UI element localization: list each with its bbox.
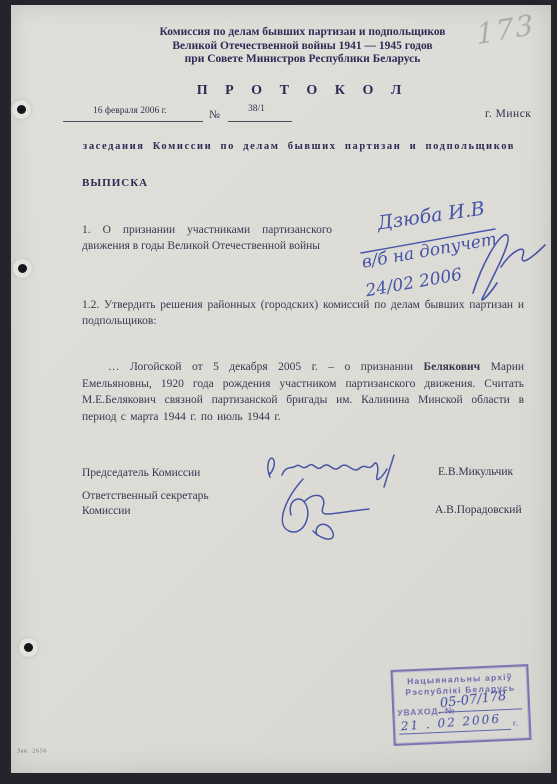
org-name-line1: Комиссия по делам бывших партизан и подп… (66, 26, 539, 40)
org-name: Комиссия по делам бывших партизан и подп… (66, 26, 539, 67)
decision-text-prefix: … Логойской от 5 декабря 2005 г. – о при… (108, 361, 424, 373)
org-name-line2: Великой Отечественной войны 1941 — 1945 … (66, 40, 539, 54)
org-name-line3: при Совете Министров Республики Беларусь (66, 53, 539, 67)
secretary-signature (269, 473, 389, 549)
decision-paragraph: … Логойской от 5 декабря 2005 г. – о при… (82, 359, 524, 425)
chairman-name: Е.В.Микульчик (438, 466, 513, 478)
hole-punch (17, 105, 26, 114)
hole-punch (18, 264, 27, 273)
date-underline (63, 121, 203, 122)
handwritten-note: Дзюба И.В в/б на допучет 24/02 2006 (355, 201, 555, 311)
stamp-date-suffix: г. (513, 718, 520, 727)
agenda-item-1: 1. О признании участниками партизанского… (82, 222, 332, 254)
number-underline (228, 121, 292, 122)
doc-place: г. Минск (485, 108, 531, 120)
document-page: 173 Комиссия по делам бывших партизан и … (11, 5, 551, 773)
secretary-label-line2: Комиссии (82, 504, 209, 519)
scan-background: 173 Комиссия по делам бывших партизан и … (0, 0, 557, 784)
print-order-number: Зак. 2656 (17, 747, 47, 754)
decision-surname-bold: Белякович (424, 361, 481, 373)
secretary-label-line1: Ответственный секретарь (82, 489, 209, 504)
agenda-item-1-2: 1.2. Утвердить решения районных (городск… (82, 297, 524, 329)
doc-date: 16 февраля 2006 г. (93, 106, 167, 116)
archive-stamp: Нацыянальны архіў Рэспублікі Беларусь УВ… (390, 664, 531, 746)
secretary-label: Ответственный секретарь Комиссии (82, 489, 209, 519)
extract-label: ВЫПИСКА (82, 177, 148, 189)
doc-subtitle: заседания Комиссии по делам бывших парти… (83, 141, 515, 152)
number-label: № (209, 109, 220, 121)
doc-title: П Р О Т О К О Л (66, 83, 539, 99)
secretary-name: А.В.Порадовский (435, 504, 522, 516)
number-value: 38/1 (248, 104, 265, 114)
chairman-label: Председатель Комиссии (82, 466, 200, 481)
hole-punch (24, 643, 33, 652)
